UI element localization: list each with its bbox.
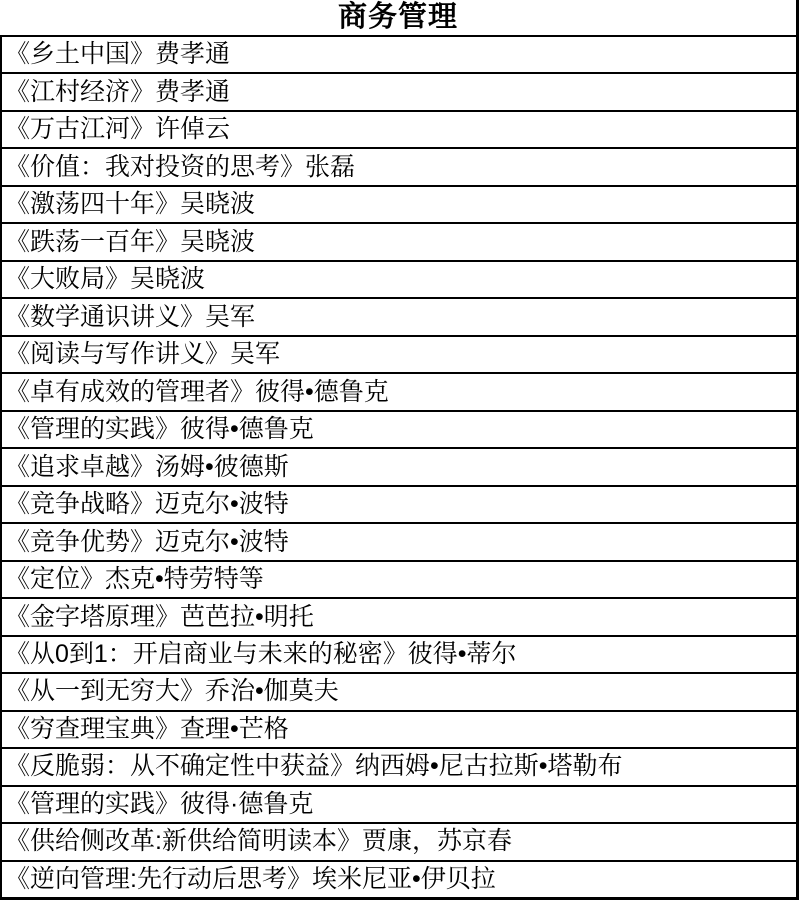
book-list-item: 《穷查理宝典》查理•芒格 <box>2 712 796 749</box>
book-table: 《乡土中国》费孝通《江村经济》费孝通《万古江河》许倬云《价值：我对投资的思考》张… <box>0 35 799 900</box>
book-list-item: 《阅读与写作讲义》吴军 <box>2 337 796 374</box>
book-list-sheet: 商务管理 《乡土中国》费孝通《江村经济》费孝通《万古江河》许倬云《价值：我对投资… <box>0 0 799 900</box>
book-list-item: 《定位》杰克•特劳特等 <box>2 562 796 599</box>
book-list-item: 《从0到1：开启商业与未来的秘密》彼得•蒂尔 <box>2 637 796 674</box>
book-list-item: 《追求卓越》汤姆•彼德斯 <box>2 449 796 486</box>
page-title: 商务管理 <box>0 0 799 35</box>
book-list-item: 《价值：我对投资的思考》张磊 <box>2 149 796 186</box>
book-list-item: 《数学通识讲义》吴军 <box>2 299 796 336</box>
book-list-item: 《供给侧改革:新供给简明读本》贾康，苏京春 <box>2 824 796 861</box>
book-list-item: 《跌荡一百年》吴晓波 <box>2 224 796 261</box>
book-list-item: 《江村经济》费孝通 <box>2 74 796 111</box>
book-list-item: 《激荡四十年》吴晓波 <box>2 187 796 224</box>
book-list-item: 《乡土中国》费孝通 <box>2 37 796 74</box>
book-list-item: 《竞争优势》迈克尔•波特 <box>2 524 796 561</box>
book-list-item: 《万古江河》许倬云 <box>2 112 796 149</box>
book-list-item: 《从一到无穷大》乔治•伽莫夫 <box>2 674 796 711</box>
book-list-item: 《竞争战略》迈克尔•波特 <box>2 487 796 524</box>
book-list-item: 《逆向管理:先行动后思考》埃米尼亚•伊贝拉 <box>2 862 796 897</box>
book-list-item: 《反脆弱：从不确定性中获益》纳西姆•尼古拉斯•塔勒布 <box>2 749 796 786</box>
book-list-item: 《金字塔原理》芭芭拉•明托 <box>2 599 796 636</box>
book-list-item: 《管理的实践》彼得·德鲁克 <box>2 787 796 824</box>
book-list-item: 《卓有成效的管理者》彼得•德鲁克 <box>2 374 796 411</box>
book-list-item: 《大败局》吴晓波 <box>2 262 796 299</box>
book-list-item: 《管理的实践》彼得•德鲁克 <box>2 412 796 449</box>
